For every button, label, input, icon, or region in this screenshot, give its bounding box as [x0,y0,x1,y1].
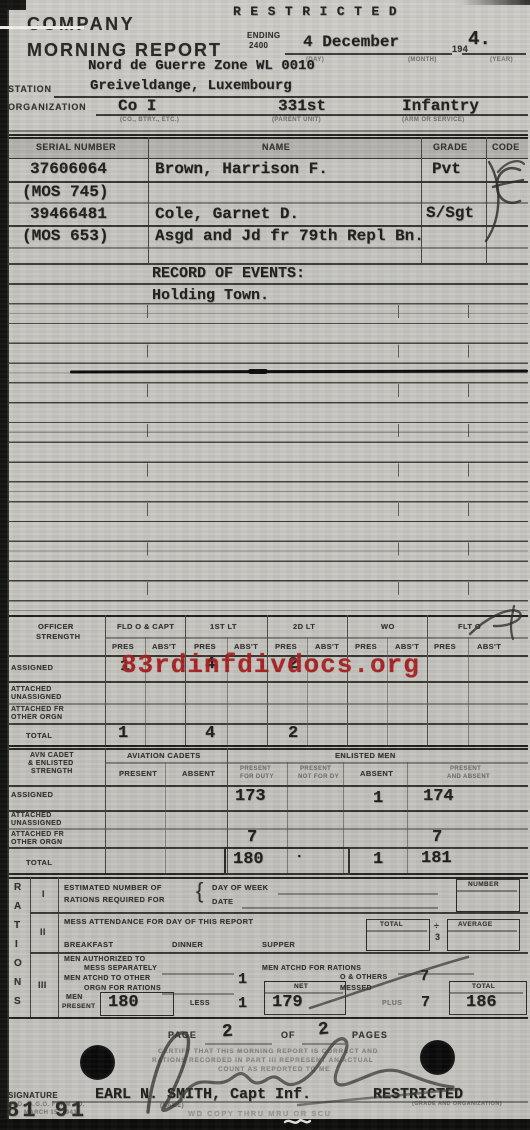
station-entry: Greiveldange, Luxembourg [90,78,292,94]
rations-total2-label: TOTAL [472,983,495,990]
enlisted-col-pfd-1: PRESENT [240,766,271,772]
rations-brace: { [196,878,204,904]
enlisted-corner-3: STRENGTH [31,768,73,775]
empty-ruled-lines [8,303,528,612]
film-edge-topright [460,0,530,5]
rations-v-numerals [58,877,59,1017]
zone-entry: Nord de Guerre Zone WL 0010 [88,58,315,74]
rations-atchd-other-1: MEN ATCHD TO OTHER [64,975,150,982]
punch-hole-left [80,1045,115,1080]
officer-row-attached-2: UNASSIGNED [11,694,62,701]
officer-group-4: WO [381,622,395,631]
enlisted-group-2: ENLISTED MEN [335,751,396,760]
rations-v-letters [30,877,31,1017]
rations-v-men-present: 180 [108,993,139,1012]
classification-restricted: RESTRICTED [233,4,406,19]
rations-letter-s: S [14,996,21,1007]
rations-v-less: 1 [238,995,247,1012]
rations-total-label: TOTAL [380,921,403,928]
pagefoot-pages: PAGES [352,1030,388,1040]
enlisted-total-pfd: 180 [233,850,264,869]
enlisted-corner-1: AVN CADET [30,752,74,759]
certificate-line-1: CERTIFY THAT THIS MORNING REPORT IS CORR… [158,1048,378,1055]
rations-three: 3 [435,932,440,942]
rations-breakfast: BREAKFAST [64,940,113,949]
rations-auth-1: MEN AUTHORIZED TO [64,956,145,963]
officer-row-total: TOTAL [26,731,52,740]
rations-plus: PLUS [382,1000,402,1007]
roster-r1-grade: Pvt [432,160,461,178]
rations-average-label: AVERAGE [458,921,492,928]
enlisted-v-avn [165,762,166,873]
rations-numeral-1: I [42,889,45,899]
signature-typed-name: EARL N. SMITH, Capt Inf. [95,1086,311,1103]
roster-col-code: CODE [492,142,520,152]
enlisted-group-underline [105,762,528,764]
rations-atchd-other-2: ORGN FOR RATIONS [84,985,161,992]
roster-r2-serial: (MOS 745) [22,183,108,201]
ruled-tick-col-1 [147,305,148,610]
pagefoot-no1: 2 [221,1022,233,1043]
film-scratch-white [0,26,84,29]
rations-auth-2: MESS SEPARATELY [84,965,157,972]
org-arm-entry: Infantry [402,97,479,115]
enlisted-col-pnfd-1: PRESENT [300,766,331,772]
rations-letter-t: T [14,920,21,931]
enlisted-col-paa-2: AND ABSENT [447,774,490,780]
rations-numeral-2: II [40,927,46,937]
officer-v-label [105,615,106,745]
rations-total-inner [367,930,427,932]
film-edge-left [0,0,9,1130]
date-underline [285,53,452,55]
punch-hole-right [420,1040,455,1075]
form-title-line1: COMPANY [27,14,135,35]
organization-label: ORGANIZATION [8,102,86,112]
rations-average-inner [448,930,517,932]
officer-row-assigned: ASSIGNED [11,663,53,672]
officer-v-g3 [267,615,268,745]
officer-row-attachedfr-1: ATTACHED FR [11,706,64,713]
ruled-tick-col-2 [398,305,399,610]
rations-supper: SUPPER [262,940,295,949]
station-label: STATION [8,84,52,94]
enlisted-assigned-pfd: 173 [235,787,266,806]
enlisted-row-total: TOTAL [26,858,52,867]
rations-div-1 [30,912,528,914]
year-entry: 4. [468,28,491,50]
officer-total-1lt: 4 [205,724,215,743]
enlisted-row-attachedfr-2: OTHER ORGN [11,839,62,846]
month-sublabel: (MONTH) [408,57,437,63]
officer-pres-5: PRES [434,642,456,651]
date-entry: 4 December [303,33,399,51]
header-divider-2 [8,134,528,136]
roster-r1-serial: 37606064 [30,160,107,178]
rations-auth-underline [162,973,234,975]
record-of-events-title: RECORD OF EVENTS: [152,265,305,282]
rations-v-total: 186 [466,993,497,1012]
film-bar-bottom [0,1119,530,1130]
rations-v-plus: 7 [421,994,430,1011]
rations-date-underline [242,907,438,909]
enlisted-total-paa: 181 [421,849,452,868]
rations-dinner: DINNER [172,940,203,949]
enlisted-assigned-paa: 174 [423,787,454,806]
enlisted-col-paa-1: PRESENT [450,766,481,772]
enlisted-attachedfr-pfd: 7 [247,828,257,847]
officer-table-bottom [8,745,528,747]
rations-letter-o: O [14,958,22,969]
rations-divide-sign: ÷ [434,921,439,931]
year-sublabel: (YEAR) [490,57,513,63]
rations-number-label: NUMBER [468,881,499,888]
officer-corner-2: STRENGTH [36,632,80,641]
roster-col-grade: GRADE [433,142,468,152]
enlisted-row-attached-2: UNASSIGNED [11,820,62,827]
enlisted-row-line-1 [8,810,528,812]
pagefoot-underline-1 [205,1043,272,1045]
pen-scratch-blob [248,369,268,374]
rations-date: DATE [212,897,233,906]
ending-label: ENDING [247,31,281,40]
rations-letter-r: R [14,882,22,893]
enlisted-row-attached-1: ATTACHED [11,812,52,819]
enlisted-assigned-absent: 1 [373,789,383,808]
rations-letter-a: A [14,901,22,912]
enlisted-total-absent: 1 [373,850,383,869]
copy-routing-note: WD COPY THRU MRU OR SCU [188,1109,332,1118]
certificate-line-3: COUNT AS REPORTED TO ME [218,1066,330,1073]
rations-present: PRESENT [62,1003,96,1010]
roster-col-name: NAME [262,142,290,152]
officer-group-underline [105,637,528,639]
officer-total-2lt: 2 [288,724,298,743]
enlisted-row-line-2 [8,828,528,830]
enlisted-corner-2: & ENLISTED [28,760,74,767]
rations-less: LESS [190,1000,210,1007]
officer-v-g5 [427,615,428,745]
officer-abst-5: ABS'T [477,642,501,651]
org-parent-sublabel: (PARENT UNIT) [272,117,321,123]
rations-atchdfor-underline [398,973,474,975]
enlisted-total-dot: . [295,846,303,862]
roster-line-4 [8,247,528,249]
record-of-events-entry: Holding Town. [152,287,269,304]
org-arm-sublabel: (ARM OR SERVICE) [402,117,465,123]
rations-o-others: O & OTHERS [340,974,388,981]
pagefoot-of: OF [281,1030,296,1040]
officer-v-g2 [185,615,186,745]
officer-group-1: FLD O & CAPT [117,622,174,631]
enlisted-row-assigned: ASSIGNED [11,790,53,799]
year-underline [462,53,526,55]
watermark-text: 83rdinfdivdocs.org [121,650,420,680]
ruled-tick-col-3 [468,305,469,610]
rations-div-2 [30,952,528,954]
pagefoot-underline-2 [302,1043,345,1045]
roster-col-serial: SERIAL NUMBER [36,142,116,152]
ending-time: 2400 [249,41,268,50]
signature-grade-sublabel: (GRADE AND ORGANIZATION) [412,1101,502,1107]
enlisted-row-attachedfr-1: ATTACHED FR [11,831,64,838]
rations-v-net: 179 [272,993,303,1012]
rations-v-atchd-other: 1 [238,971,247,988]
rations-est-2: RATIONS REQUIRED FOR [64,895,165,904]
enlisted-v-c6 [407,762,408,873]
certificate-line-2: RATIONS RECORDED IN PART III REPRESENT A… [152,1057,374,1064]
roster-r3-grade: S/Sgt [426,204,474,222]
org-parent-entry: 331st [278,97,326,115]
officer-group-2: 1ST LT [210,622,237,631]
officer-corner-1: OFFICER [38,622,74,631]
rations-number-inner [457,890,517,892]
rations-atchd-for: MEN ATCHD FOR RATIONS [262,965,361,972]
enlisted-table-top [8,748,528,750]
enlisted-attachedfr-paa: 7 [432,828,442,847]
rations-dow-underline [278,893,438,895]
enlisted-v-label [105,748,106,873]
pagefoot-page: PAGE [168,1030,197,1040]
roster-r4-serial: (MOS 653) [22,227,108,245]
enlisted-col-absent2: ABSENT [360,769,393,778]
rations-est-1: ESTIMATED NUMBER OF [64,883,162,892]
rations-day-of-week: DAY OF WEEK [212,883,269,892]
org-company-entry: Co I [118,97,156,115]
roster-r4-name: Asgd and Jd fr 79th Repl Bn. [155,227,424,245]
officer-row-attachedfr-2: OTHER ORGN [11,714,62,721]
officer-total-fldo: 1 [118,724,128,743]
officer-row-attached-1: ATTACHED [11,686,52,693]
roster-divider-serial [148,137,149,263]
roster-divider-code [486,137,487,263]
events-line-1 [8,283,528,285]
enlisted-col-pnfd-2: NOT FOR DY [298,774,339,780]
rations-v-o-others: 7 [420,968,429,985]
rations-numeral-3: III [38,980,47,990]
roster-r1-name: Brown, Harrison F. [155,160,328,178]
officer-v-s5 [468,637,469,745]
film-corner-topleft [0,0,26,10]
rations-men: MEN [66,994,83,1001]
enlisted-col-pfd-2: FOR DUTY [240,774,274,780]
pagefoot-no2: 2 [317,1019,330,1040]
rations-letter-n: N [14,977,22,988]
roster-r3-serial: 39466481 [30,205,107,223]
rations-top [8,877,528,879]
signature-name-sublabel: (NAME) [160,1103,184,1109]
rations-mess-label: MESS ATTENDANCE FOR DAY OF THIS REPORT [64,917,253,926]
officer-group-3: 2D LT [293,622,315,631]
rations-net-label: NET [294,983,308,990]
org-company-sublabel: (CO., BTRY., ETC.) [120,117,179,123]
rations-letter-i: I [15,939,18,950]
enlisted-col-absent: ABSENT [182,769,215,778]
roster-r3-name: Cole, Garnet D. [155,205,299,223]
morning-report-scan: RESTRICTED COMPANY MORNING REPORT ENDING… [0,0,530,1130]
enlisted-group-1: AVIATION CADETS [127,751,201,760]
officer-group-5: FLT O [458,622,481,631]
header-divider-1 [8,130,528,132]
enlisted-col-present: PRESENT [119,769,157,778]
officer-v-g4 [347,615,348,745]
rations-bottom [8,1017,528,1019]
